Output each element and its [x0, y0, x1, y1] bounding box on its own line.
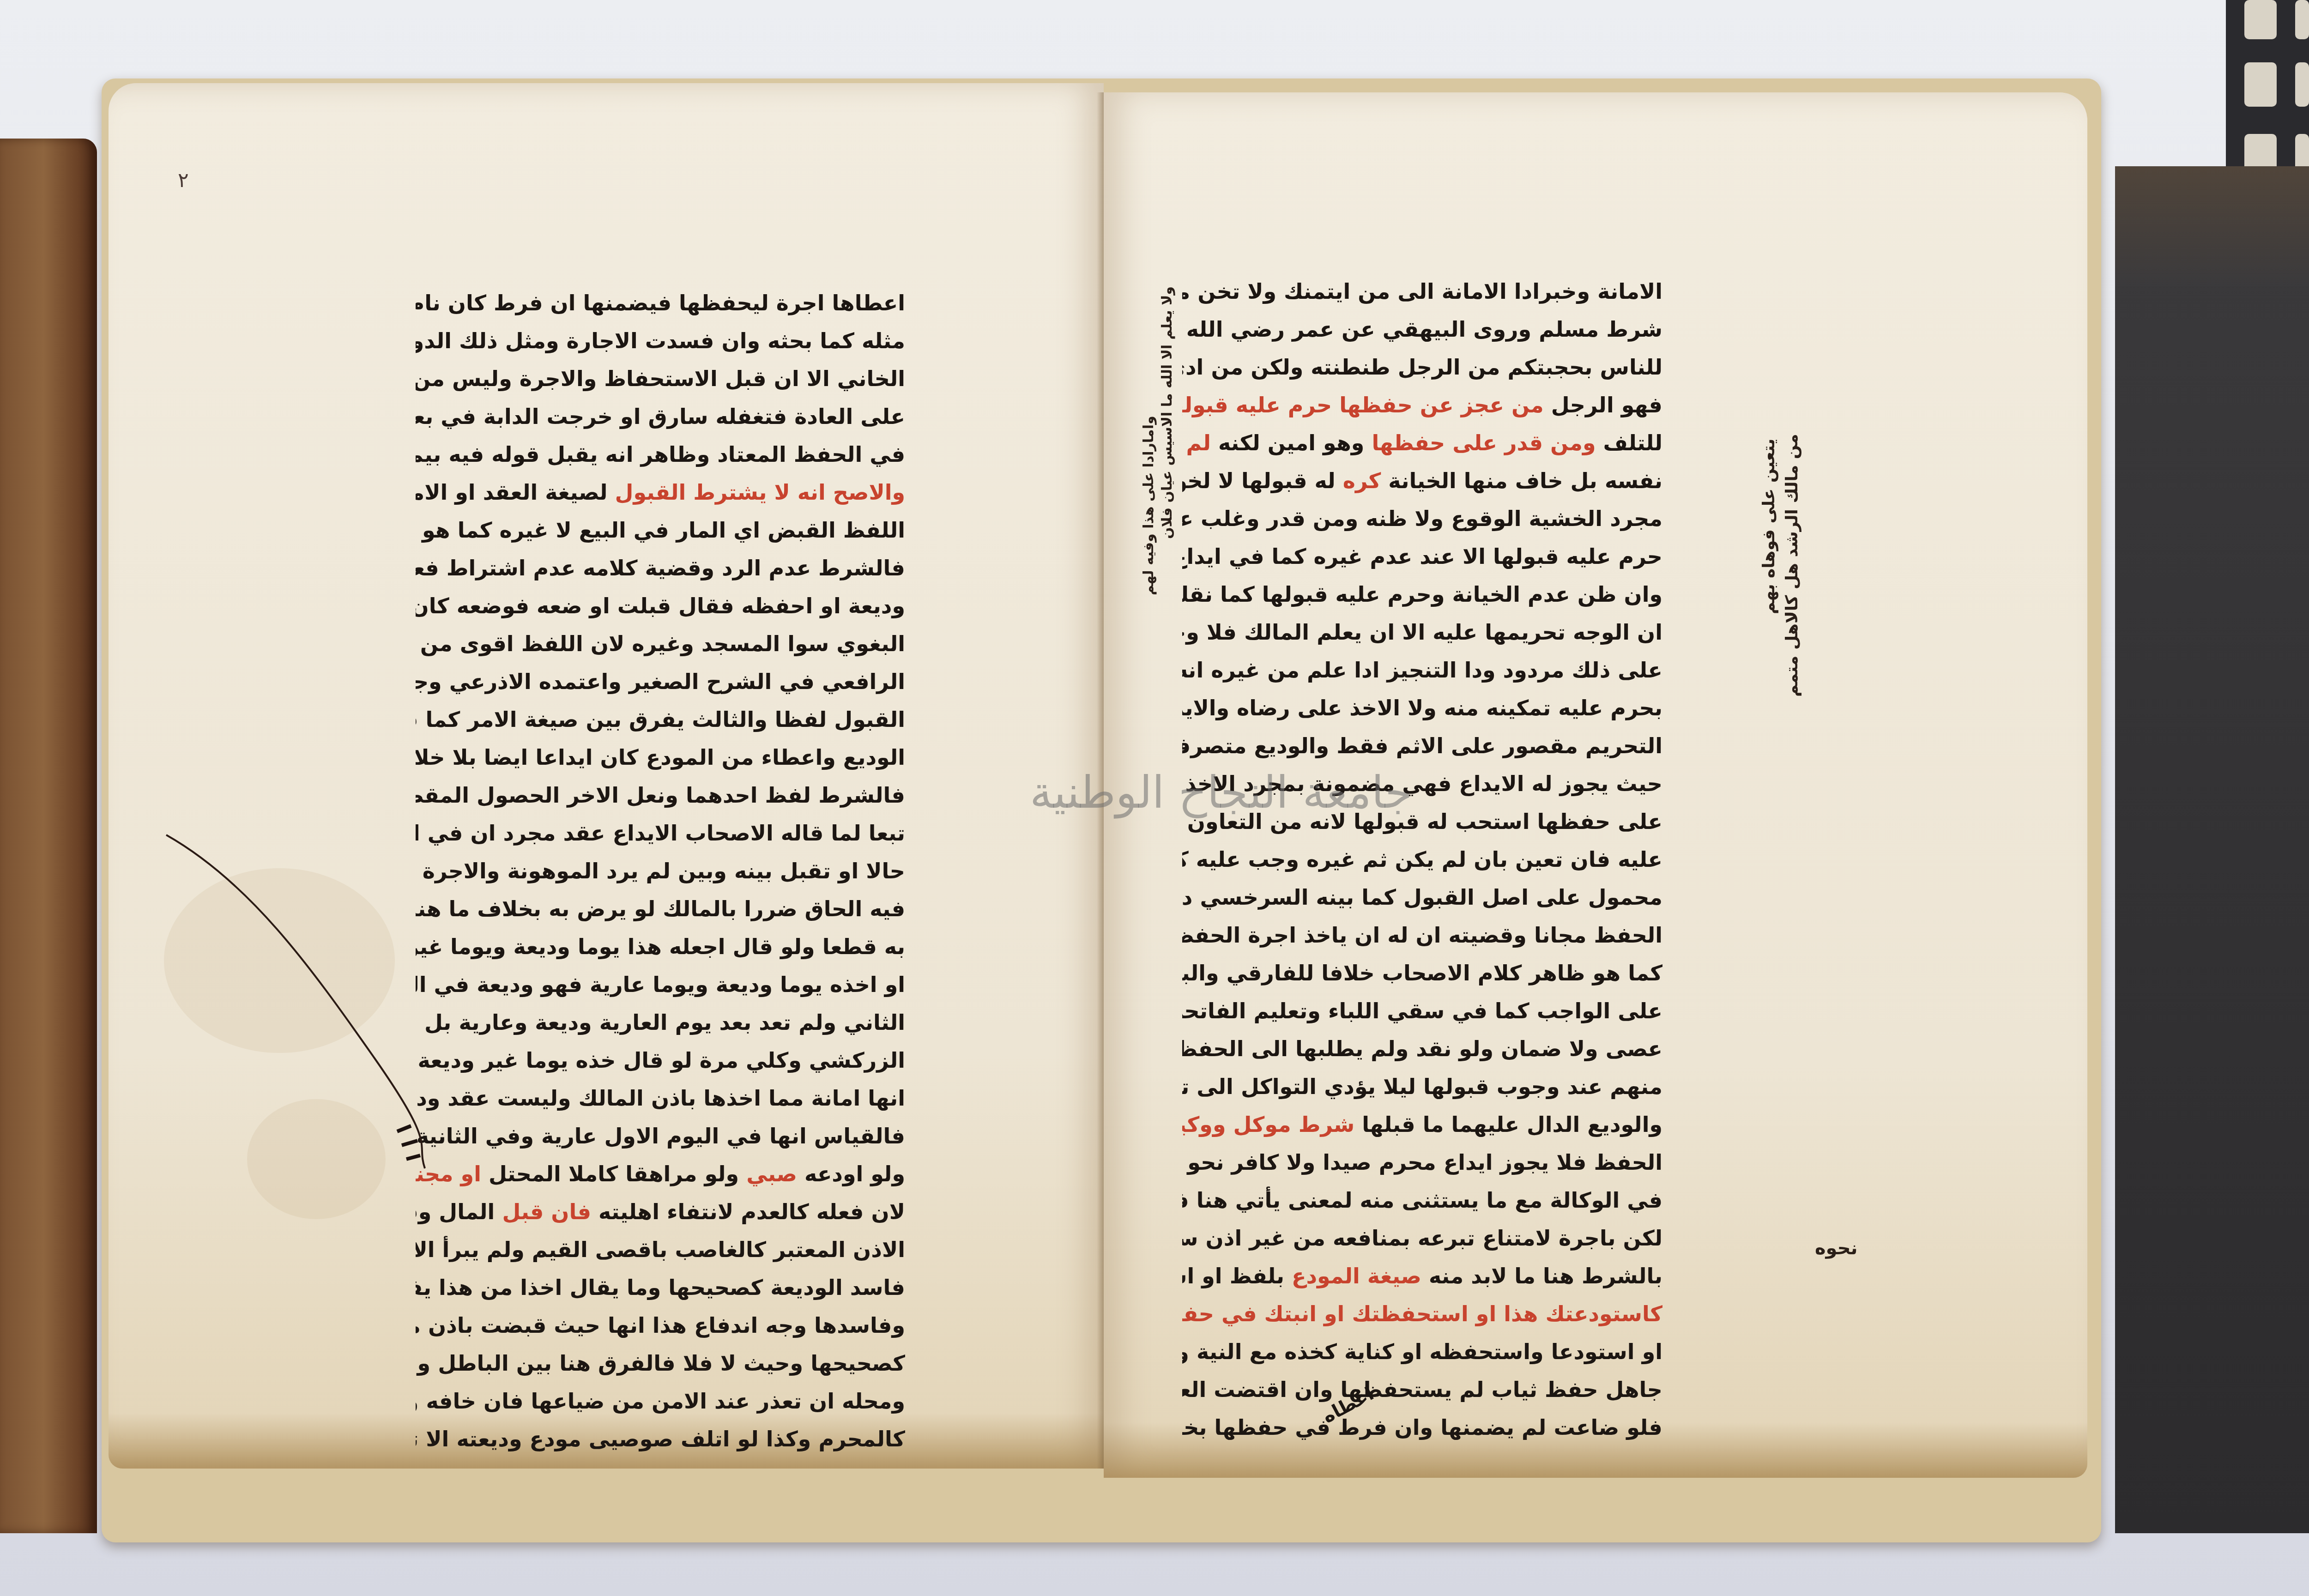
text-line: الثاني ولم تعد بعد يوم العارية وديعة وعا… [416, 1004, 905, 1041]
text-line: وديعة او احفظه فقال قبلت او ضعه فوضعه كا… [416, 587, 905, 625]
text-line: او استودعا واستحفظه او كناية كخذه مع الن… [1182, 1333, 1662, 1371]
text-line: شرط مسلم وروى البيهقي عن عمر رضي الله تع… [1182, 310, 1662, 348]
text-line-rubricated: للتلف ومن قدر على حفظها وهو امين لكنه لم… [1182, 424, 1662, 462]
text-line: الاذن المعتبر كالغاصب باقصى القيم ولم يب… [416, 1231, 905, 1269]
text-line: فالشرط عدم الرد وقضية كلامه عدم اشتراط ف… [416, 549, 905, 587]
text-line-rubricated: ولو اودعه صبي ولو مراهقا كاملا المحتل او… [416, 1155, 905, 1193]
text-line-rubricated: والاصح انه لا يشترط القبول لصيغة العقد ا… [416, 473, 905, 511]
text-line: فاسد الوديعة كصحيحها وما يقال اخذا من هذ… [416, 1269, 905, 1306]
text-line: به قطعا ولو قال اجعله هذا يوما وديعة ويو… [416, 928, 905, 966]
text-line: على ذلك مردود ودا التنجيز ادا علم من غير… [1182, 651, 1662, 689]
board-edge-wear [2115, 166, 2309, 286]
text-line: الامانة وخبرادا الامانة الى من ايتمنك ول… [1182, 272, 1662, 310]
text-line-rubricated: والوديع الدال عليهما ما قبلها شرط موكل و… [1182, 1106, 1662, 1143]
text-line: اعطاها اجرة ليحفظها فيضمنها ان فرط كان ن… [416, 284, 905, 322]
text-line: محمول على اصل القبول كما بينه السرخسي دو… [1182, 878, 1662, 916]
text-line: على العادة فتغفله سارق او خرجت الدابة في… [416, 398, 905, 435]
text-line-rubricated: لكن باجرة لامتناع تبرعه بمنافعه من غير ا… [1182, 1219, 1662, 1257]
text-line-rubricated: لان فعله كالعدم لانتفاء اهليته فان قبل ا… [416, 1193, 905, 1231]
rubric: والاصح انه لا يشترط القبول [615, 480, 905, 505]
rubric: صبي [746, 1161, 797, 1186]
text-line-rubricated: كاستودعتك هذا او استحفظتك او انبتك في حف… [1182, 1295, 1662, 1333]
text-line: التحريم مقصور على الاثم فقط والوديع متصر… [1182, 727, 1662, 765]
margin-note-gutter: وامارادا على هذا وفيه لهم [1141, 416, 1157, 901]
rubric: فان قبل [502, 1199, 591, 1224]
watermark: جامعة النجاح الوطنية [1030, 767, 1412, 818]
text-line-rubricated: بالشرط هنا ما لابد منه صيغة المودع بلفظ … [1182, 1257, 1662, 1295]
text-line: او اخذه يوما وديعة ويوما عارية فهو وديعة… [416, 966, 905, 1004]
text-line-rubricated: منهم عند وجوب قبولها ليلا يؤدي التواكل ا… [1182, 1068, 1662, 1106]
text-line: عصى ولا ضمان ولو نقد ولم يطلبها الى الحف… [1182, 1030, 1662, 1068]
right-page-text: الامانة وخبرادا الامانة الى من ايتمنك ول… [1182, 272, 1662, 1446]
text-line: فيه الحاق ضررا بالمالك لو يرض به بخلاف م… [416, 890, 905, 928]
text-line: البغوي سوا المسجد وغيره لان اللفظ اقوى م… [416, 625, 905, 663]
text-line: كصحيحها وحيث لا فلا فالفرق هنا بين الباط… [416, 1344, 905, 1382]
ink-stroke-mark [157, 827, 443, 1178]
text-line: كالمحرم وكذا لو اتلف صوصيى مودع وديعته ا… [416, 1420, 905, 1458]
text-line: حالا او تقبل بينه وبين لم يرد الموهونة و… [416, 852, 905, 890]
text-line: الحفظ مجانا وقضيته ان له ان ياخذ اجرة ال… [1182, 916, 1662, 954]
text-line: مجرد الخشية الوقوع ولا ظنه ومن قدر وغلب … [1182, 500, 1662, 538]
left-page-text: اعطاها اجرة ليحفظها فيضمنها ان فرط كان ن… [416, 284, 905, 1458]
text-line: على الواجب كما في سقي اللباء وتعليم الفا… [1182, 992, 1662, 1030]
text-line: الزركشي وكلي مرة لو قال خذه يوما غير ودي… [416, 1041, 905, 1079]
text-line: حرم عليه قبولها الا عند عدم غيره كما في … [1182, 538, 1662, 575]
text-line: في الوكالة مع ما يستثنى منه لمعنى يأتي ه… [1182, 1181, 1662, 1219]
text-line: مثله كما بحثه وان فسدت الاجارة ومثل ذلك … [416, 322, 905, 360]
text-line: الرافعي في الشرح الصغير واعتمده الاذرعي … [416, 663, 905, 701]
text-line: وفاسدها وجه اندفاع هذا انها حيث قبضت باذ… [416, 1306, 905, 1344]
text-line: الوديع واعطاء من المودع كان ايداعا ايضا … [416, 738, 905, 776]
rubric: لم يثق بامانة [1182, 430, 1211, 455]
text-line: ان الوجه تحريمها عليه الا ان يعلم المالك… [1182, 613, 1662, 651]
text-line: تبعا لما قاله الاصحاب الايداع عقد مجرد ا… [416, 814, 905, 852]
text-line: اللفظ القبض اي المار في البيع لا غيره كم… [416, 511, 905, 549]
text-line-rubricated: فهو الرجل من عجز عن حفظها حرم عليه قبوله… [1182, 386, 1662, 424]
text-line: فلو ضاعت لم يضمنها وان فرط في حفظها بخلا… [1182, 1409, 1662, 1446]
rubric: شرط موكل ووكيل [1182, 1112, 1354, 1137]
rubric: صيغة المودع [1292, 1263, 1421, 1288]
rubric: من عجز عن حفظها حرم عليه قبولها [1182, 393, 1544, 417]
text-line: انها امانة مما اخذها باذن المالك وليست ع… [416, 1079, 905, 1117]
rubric: كره [1343, 468, 1381, 493]
left-leather-cover [0, 139, 97, 1533]
margin-note-outer: يتعين على فوهاه بهم [1759, 439, 1778, 739]
right-dark-board [2115, 166, 2309, 1533]
rubric: كاستودعتك هذا او استحفظتك او انبتك في حف… [1182, 1301, 1662, 1326]
text-line: وان ظن عدم الخيانة وحرم عليه قبولها كما … [1182, 575, 1662, 613]
text-line: بحرم عليه تمكينه منه ولا الاخذ على رضاه … [1182, 689, 1662, 727]
text-line: جاهل حفظ ثياب لم يستحفظها وان اقتضت العا… [1182, 1371, 1662, 1409]
rubric: ومن قدر على حفظها [1372, 430, 1596, 455]
margin-note-outer: من مالك الرشد هل كالاهل متمم [1783, 434, 1801, 757]
text-line: للناس بحجبتكم من الرجل طنطنته ولكن من اد… [1182, 348, 1662, 386]
text-line: القبول لفظا والثالث يفرق بين صيغة الامر … [416, 701, 905, 738]
text-line: الحفظ فلا يجوز ايداع محرم صيدا ولا كافر … [1182, 1143, 1662, 1181]
text-line: فالشرط لفظ احدهما ونعل الاخر الحصول المق… [416, 776, 905, 814]
text-line: فالقياس انها في اليوم الاول عارية وفي ال… [416, 1117, 905, 1155]
folio-mark: ٢ [178, 169, 189, 192]
text-line: كما هو ظاهر كلام الاصحاب خلافا للفارقي و… [1182, 954, 1662, 992]
text-line: ومحله ان تعذر عند الامن من ضياعها فان خا… [416, 1382, 905, 1420]
text-line: في الحفظ المعتاد وظاهر انه يقبل قوله فيه… [416, 435, 905, 473]
text-line-rubricated: نفسه بل خاف منها الخيانة كره له قبولها ل… [1182, 462, 1662, 500]
side-note-word: نحوه [1815, 1238, 1858, 1259]
text-line: عليه فان تعين بان لم يكن ثم غيره وجب علي… [1182, 840, 1662, 878]
text-line: الخاني الا ان قبل الاستحفاظ والاجرة وليس… [416, 360, 905, 398]
